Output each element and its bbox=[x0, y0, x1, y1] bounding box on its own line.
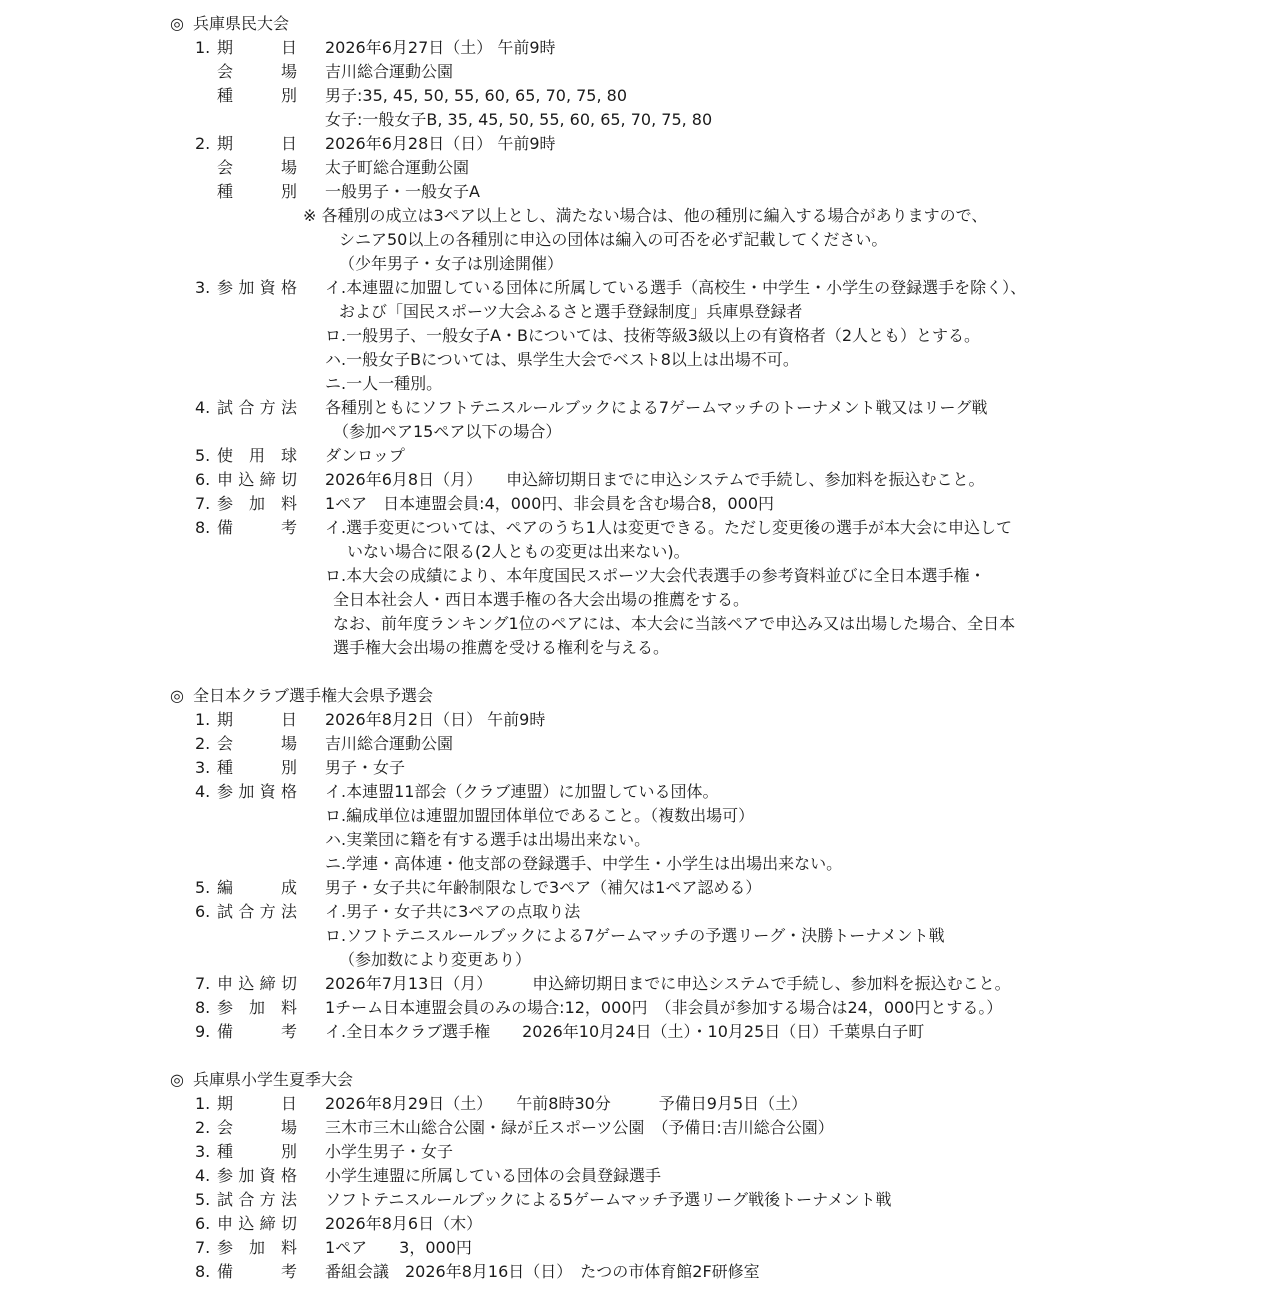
item-row: 6.申込締切2026年8月6日（木） bbox=[170, 1212, 1255, 1236]
item-value: 1チーム日本連盟会員のみの場合:12，000円 （非会員が参加する場合は24，0… bbox=[325, 996, 1255, 1020]
item-value-line: ニ.学連・高体連・他支部の登録選手、中学生・小学生は出場出来ない。 bbox=[325, 852, 1255, 876]
item-value-line: 各種別ともにソフトテニスルールブックによる7ゲームマッチのトーナメント戦又はリー… bbox=[325, 396, 1255, 420]
item-value-line: 2026年8月6日（木） bbox=[325, 1212, 1255, 1236]
item-label: 申込締切 bbox=[217, 1212, 297, 1236]
item-value: 2026年6月8日（月） 申込締切期日までに申込システムで手続し、参加料を振込む… bbox=[325, 468, 1255, 492]
item-number: 4. bbox=[195, 1164, 217, 1188]
item-value-line: 選手権大会出場の推薦を受ける権利を与える。 bbox=[333, 636, 1255, 660]
item-value-line: 2026年8月29日（土） 午前8時30分 予備日9月5日（土） bbox=[325, 1092, 1255, 1116]
item-value: イ.本連盟11部会（クラブ連盟）に加盟している団体。ロ.編成単位は連盟加盟団体単… bbox=[325, 780, 1255, 876]
item-number: 4. bbox=[195, 396, 217, 420]
item-value-line: ハ.実業団に籍を有する選手は出場出来ない。 bbox=[325, 828, 1255, 852]
item-value-line: 2026年6月27日（土） 午前9時 bbox=[325, 36, 1255, 60]
item-value-line: ロ.編成単位は連盟加盟団体単位であること。（複数出場可） bbox=[325, 804, 1255, 828]
item-row: 7.参加料1ペア 日本連盟会員:4，000円、非会員を含む場合8，000円 bbox=[170, 492, 1255, 516]
item-value-line: イ.全日本クラブ選手権 2026年10月24日（土）・10月25日（日）千葉県白… bbox=[325, 1020, 1255, 1044]
item-label: 期日 bbox=[217, 36, 297, 60]
item-label: 備考 bbox=[217, 1020, 297, 1044]
item-value: 吉川総合運動公園 bbox=[325, 60, 1255, 84]
item-number: 1. bbox=[195, 708, 217, 732]
item-value-line: イ.本連盟11部会（クラブ連盟）に加盟している団体。 bbox=[325, 780, 1255, 804]
item-value-line: ロ.本大会の成績により、本年度国民スポーツ大会代表選手の参考資料並びに全日本選手… bbox=[325, 564, 1255, 588]
item-label: 会場 bbox=[217, 1116, 297, 1140]
item-value-line: ダンロップ bbox=[325, 444, 1255, 468]
item-number: 5. bbox=[195, 444, 217, 468]
section-marker-icon: ◎ bbox=[170, 684, 193, 708]
item-value-line: ※ 各種別の成立は3ペア以上とし、満たない場合は、他の種別に編入する場合がありま… bbox=[303, 204, 1255, 228]
item-row: 3.種別男子・女子 bbox=[170, 756, 1255, 780]
item-value: 2026年6月27日（土） 午前9時 bbox=[325, 36, 1255, 60]
item-number: 8. bbox=[195, 996, 217, 1020]
item-row: 1.期日2026年8月2日（日） 午前9時 bbox=[170, 708, 1255, 732]
section-3: ◎兵庫県小学生夏季大会1.期日2026年8月29日（土） 午前8時30分 予備日… bbox=[170, 1068, 1255, 1284]
item-value: 三木市三木山総合公園・緑が丘スポーツ公園 （予備日:吉川総合公園） bbox=[325, 1116, 1255, 1140]
item-value-line: なお、前年度ランキング1位のペアには、本大会に当該ペアで申込み又は出場した場合、… bbox=[333, 612, 1255, 636]
item-label: 参加料 bbox=[217, 996, 297, 1020]
item-number: 2. bbox=[195, 1116, 217, 1140]
item-row: 5.試合方法ソフトテニスルールブックによる5ゲームマッチ予選リーグ戦後トーナメン… bbox=[170, 1188, 1255, 1212]
item-row: 2.会場三木市三木山総合公園・緑が丘スポーツ公園 （予備日:吉川総合公園） bbox=[170, 1116, 1255, 1140]
item-value: 2026年7月13日（月） 申込締切期日までに申込システムで手続し、参加料を振込… bbox=[325, 972, 1255, 996]
item-value-line: （参加ペア15ペア以下の場合） bbox=[333, 420, 1255, 444]
item-value-line: （参加数により変更あり） bbox=[339, 948, 1255, 972]
item-label: 使用球 bbox=[217, 444, 297, 468]
item-value: イ.本連盟に加盟している団体に所属している選手（高校生・中学生・小学生の登録選手… bbox=[325, 276, 1255, 396]
item-number: 5. bbox=[195, 1188, 217, 1212]
item-value: 男子・女子 bbox=[325, 756, 1255, 780]
item-value-line: ロ.ソフトテニスルールブックによる7ゲームマッチの予選リーグ・決勝トーナメント戦 bbox=[325, 924, 1255, 948]
item-label: 参加料 bbox=[217, 1236, 297, 1260]
item-value-line: 男子:35, 45, 50, 55, 60, 65, 70, 75, 80 bbox=[325, 84, 1255, 108]
section-header: ◎兵庫県小学生夏季大会 bbox=[170, 1068, 1255, 1092]
item-row: 4.参加資格イ.本連盟11部会（クラブ連盟）に加盟している団体。ロ.編成単位は連… bbox=[170, 780, 1255, 876]
item-row: 会場太子町総合運動公園 bbox=[170, 156, 1255, 180]
item-label: 参加資格 bbox=[217, 276, 297, 300]
item-value-line: 番組会議 2026年8月16日（日） たつの市体育館2F研修室 bbox=[325, 1260, 1255, 1284]
item-value-line: イ.男子・女子共に3ペアの点取り法 bbox=[325, 900, 1255, 924]
item-number: 3. bbox=[195, 276, 217, 300]
item-row: 7.申込締切2026年7月13日（月） 申込締切期日までに申込システムで手続し、… bbox=[170, 972, 1255, 996]
item-row: 種別男子:35, 45, 50, 55, 60, 65, 70, 75, 80女… bbox=[170, 84, 1255, 132]
item-value-line: 吉川総合運動公園 bbox=[325, 732, 1255, 756]
item-value-line: （少年男子・女子は別途開催） bbox=[339, 252, 1255, 276]
item-label: 参加料 bbox=[217, 492, 297, 516]
item-label: 申込締切 bbox=[217, 468, 297, 492]
item-value: イ.全日本クラブ選手権 2026年10月24日（土）・10月25日（日）千葉県白… bbox=[325, 1020, 1255, 1044]
item-value: 吉川総合運動公園 bbox=[325, 732, 1255, 756]
item-value-line: ロ.一般男子、一般女子A・Bについては、技術等級3級以上の有資格者（2人とも）と… bbox=[325, 324, 1255, 348]
item-row: 種別一般男子・一般女子A※ 各種別の成立は3ペア以上とし、満たない場合は、他の種… bbox=[170, 180, 1255, 276]
item-row: 4.試合方法各種別ともにソフトテニスルールブックによる7ゲームマッチのトーナメン… bbox=[170, 396, 1255, 444]
item-label: 会場 bbox=[217, 60, 297, 84]
item-row: 8.参加料1チーム日本連盟会員のみの場合:12，000円 （非会員が参加する場合… bbox=[170, 996, 1255, 1020]
item-row: 会場吉川総合運動公園 bbox=[170, 60, 1255, 84]
item-value-line: 三木市三木山総合公園・緑が丘スポーツ公園 （予備日:吉川総合公園） bbox=[325, 1116, 1255, 1140]
item-row: 7.参加料1ペア 3，000円 bbox=[170, 1236, 1255, 1260]
item-label: 期日 bbox=[217, 708, 297, 732]
item-row: 2.会場吉川総合運動公園 bbox=[170, 732, 1255, 756]
item-row: 6.試合方法イ.男子・女子共に3ペアの点取り法ロ.ソフトテニスルールブックによる… bbox=[170, 900, 1255, 972]
item-value-line: 2026年7月13日（月） 申込締切期日までに申込システムで手続し、参加料を振込… bbox=[325, 972, 1255, 996]
item-value-line: 2026年6月28日（日） 午前9時 bbox=[325, 132, 1255, 156]
item-value: 小学生連盟に所属している団体の会員登録選手 bbox=[325, 1164, 1255, 1188]
item-value-line: 2026年8月2日（日） 午前9時 bbox=[325, 708, 1255, 732]
item-value: 1ペア 日本連盟会員:4，000円、非会員を含む場合8，000円 bbox=[325, 492, 1255, 516]
item-value: 一般男子・一般女子A※ 各種別の成立は3ペア以上とし、満たない場合は、他の種別に… bbox=[325, 180, 1255, 276]
item-value: ソフトテニスルールブックによる5ゲームマッチ予選リーグ戦後トーナメント戦 bbox=[325, 1188, 1255, 1212]
item-label: 備考 bbox=[217, 1260, 297, 1284]
item-number: 1. bbox=[195, 1092, 217, 1116]
item-value-line: ハ.一般女子Bについては、県学生大会でベスト8以上は出場不可。 bbox=[325, 348, 1255, 372]
section-title: 兵庫県小学生夏季大会 bbox=[193, 1068, 353, 1092]
item-label: 申込締切 bbox=[217, 972, 297, 996]
section-1: ◎兵庫県民大会1.期日2026年6月27日（土） 午前9時会場吉川総合運動公園種… bbox=[170, 12, 1255, 660]
item-number: 1. bbox=[195, 36, 217, 60]
item-label: 編成 bbox=[217, 876, 297, 900]
section-title: 兵庫県民大会 bbox=[193, 12, 289, 36]
item-value: ダンロップ bbox=[325, 444, 1255, 468]
item-value-line: 全日本社会人・西日本選手権の各大会出場の推薦をする。 bbox=[333, 588, 1255, 612]
item-label: 種別 bbox=[217, 180, 297, 204]
item-value-line: 女子:一般女子B, 35, 45, 50, 55, 60, 65, 70, 75… bbox=[325, 108, 1255, 132]
item-number: 4. bbox=[195, 780, 217, 804]
item-label: 期日 bbox=[217, 132, 297, 156]
item-label: 試合方法 bbox=[217, 900, 297, 924]
item-value-line: イ.選手変更については、ペアのうち1人は変更できる。ただし変更後の選手が本大会に… bbox=[325, 516, 1255, 540]
item-value-line: いない場合に限る(2人ともの変更は出来ない)。 bbox=[347, 540, 1255, 564]
item-value-line: 吉川総合運動公園 bbox=[325, 60, 1255, 84]
item-label: 種別 bbox=[217, 756, 297, 780]
item-row: 5.編成男子・女子共に年齢制限なしで3ペア（補欠は1ペア認める） bbox=[170, 876, 1255, 900]
item-value: 男子:35, 45, 50, 55, 60, 65, 70, 75, 80女子:… bbox=[325, 84, 1255, 132]
section-header: ◎兵庫県民大会 bbox=[170, 12, 1255, 36]
item-number: 7. bbox=[195, 972, 217, 996]
item-number: 7. bbox=[195, 1236, 217, 1260]
item-label: 種別 bbox=[217, 84, 297, 108]
item-label: 参加資格 bbox=[217, 1164, 297, 1188]
item-row: 1.期日2026年6月27日（土） 午前9時 bbox=[170, 36, 1255, 60]
item-value-line: 1ペア 3，000円 bbox=[325, 1236, 1255, 1260]
item-value: 2026年8月6日（木） bbox=[325, 1212, 1255, 1236]
item-number: 6. bbox=[195, 1212, 217, 1236]
item-value-line: 1チーム日本連盟会員のみの場合:12，000円 （非会員が参加する場合は24，0… bbox=[325, 996, 1255, 1020]
document-body: ◎兵庫県民大会1.期日2026年6月27日（土） 午前9時会場吉川総合運動公園種… bbox=[170, 12, 1255, 1284]
item-number: 7. bbox=[195, 492, 217, 516]
item-number: 2. bbox=[195, 132, 217, 156]
item-value-line: シニア50以上の各種別に申込の団体は編入の可否を必ず記載してください。 bbox=[339, 228, 1255, 252]
item-label: 備考 bbox=[217, 516, 297, 540]
item-value: 2026年6月28日（日） 午前9時 bbox=[325, 132, 1255, 156]
item-value-line: 男子・女子 bbox=[325, 756, 1255, 780]
item-number: 3. bbox=[195, 1140, 217, 1164]
item-number: 6. bbox=[195, 900, 217, 924]
item-row: 3.種別小学生男子・女子 bbox=[170, 1140, 1255, 1164]
item-value: 男子・女子共に年齢制限なしで3ペア（補欠は1ペア認める） bbox=[325, 876, 1255, 900]
section-marker-icon: ◎ bbox=[170, 12, 193, 36]
item-row: 9.備考イ.全日本クラブ選手権 2026年10月24日（土）・10月25日（日）… bbox=[170, 1020, 1255, 1044]
item-row: 6.申込締切2026年6月8日（月） 申込締切期日までに申込システムで手続し、参… bbox=[170, 468, 1255, 492]
item-value: イ.男子・女子共に3ペアの点取り法ロ.ソフトテニスルールブックによる7ゲームマッ… bbox=[325, 900, 1255, 972]
item-label: 会場 bbox=[217, 156, 297, 180]
item-value-line: 小学生連盟に所属している団体の会員登録選手 bbox=[325, 1164, 1255, 1188]
item-value-line: 太子町総合運動公園 bbox=[325, 156, 1255, 180]
section-title: 全日本クラブ選手権大会県予選会 bbox=[193, 684, 433, 708]
item-label: 種別 bbox=[217, 1140, 297, 1164]
item-number: 5. bbox=[195, 876, 217, 900]
item-value-line: 一般男子・一般女子A bbox=[325, 180, 1255, 204]
item-label: 参加資格 bbox=[217, 780, 297, 804]
item-value: 各種別ともにソフトテニスルールブックによる7ゲームマッチのトーナメント戦又はリー… bbox=[325, 396, 1255, 444]
item-value-line: ソフトテニスルールブックによる5ゲームマッチ予選リーグ戦後トーナメント戦 bbox=[325, 1188, 1255, 1212]
item-value: 2026年8月2日（日） 午前9時 bbox=[325, 708, 1255, 732]
item-row: 4.参加資格小学生連盟に所属している団体の会員登録選手 bbox=[170, 1164, 1255, 1188]
item-value-line: イ.本連盟に加盟している団体に所属している選手（高校生・中学生・小学生の登録選手… bbox=[325, 276, 1255, 300]
item-value-line: 1ペア 日本連盟会員:4，000円、非会員を含む場合8，000円 bbox=[325, 492, 1255, 516]
item-label: 試合方法 bbox=[217, 1188, 297, 1212]
item-value-line: 男子・女子共に年齢制限なしで3ペア（補欠は1ペア認める） bbox=[325, 876, 1255, 900]
item-row: 8.備考番組会議 2026年8月16日（日） たつの市体育館2F研修室 bbox=[170, 1260, 1255, 1284]
item-row: 1.期日2026年8月29日（土） 午前8時30分 予備日9月5日（土） bbox=[170, 1092, 1255, 1116]
item-number: 2. bbox=[195, 732, 217, 756]
item-label: 試合方法 bbox=[217, 396, 297, 420]
section-marker-icon: ◎ bbox=[170, 1068, 193, 1092]
item-number: 9. bbox=[195, 1020, 217, 1044]
item-number: 8. bbox=[195, 516, 217, 540]
section-2: ◎全日本クラブ選手権大会県予選会1.期日2026年8月2日（日） 午前9時2.会… bbox=[170, 684, 1255, 1044]
item-value: イ.選手変更については、ペアのうち1人は変更できる。ただし変更後の選手が本大会に… bbox=[325, 516, 1255, 660]
item-number: 6. bbox=[195, 468, 217, 492]
item-number: 3. bbox=[195, 756, 217, 780]
item-value-line: および「国民スポーツ大会ふるさと選手登録制度」兵庫県登録者 bbox=[339, 300, 1255, 324]
item-row: 5.使用球ダンロップ bbox=[170, 444, 1255, 468]
item-value: 2026年8月29日（土） 午前8時30分 予備日9月5日（土） bbox=[325, 1092, 1255, 1116]
section-header: ◎全日本クラブ選手権大会県予選会 bbox=[170, 684, 1255, 708]
item-value: 番組会議 2026年8月16日（日） たつの市体育館2F研修室 bbox=[325, 1260, 1255, 1284]
item-label: 期日 bbox=[217, 1092, 297, 1116]
item-label: 会場 bbox=[217, 732, 297, 756]
item-row: 2.期日2026年6月28日（日） 午前9時 bbox=[170, 132, 1255, 156]
item-row: 8.備考イ.選手変更については、ペアのうち1人は変更できる。ただし変更後の選手が… bbox=[170, 516, 1255, 660]
item-value: 太子町総合運動公園 bbox=[325, 156, 1255, 180]
item-value-line: ニ.一人一種別。 bbox=[325, 372, 1255, 396]
item-number: 8. bbox=[195, 1260, 217, 1284]
document-page: ◎兵庫県民大会1.期日2026年6月27日（土） 午前9時会場吉川総合運動公園種… bbox=[0, 0, 1275, 1315]
item-row: 3.参加資格イ.本連盟に加盟している団体に所属している選手（高校生・中学生・小学… bbox=[170, 276, 1255, 396]
item-value: 1ペア 3，000円 bbox=[325, 1236, 1255, 1260]
item-value: 小学生男子・女子 bbox=[325, 1140, 1255, 1164]
item-value-line: 小学生男子・女子 bbox=[325, 1140, 1255, 1164]
item-value-line: 2026年6月8日（月） 申込締切期日までに申込システムで手続し、参加料を振込む… bbox=[325, 468, 1255, 492]
